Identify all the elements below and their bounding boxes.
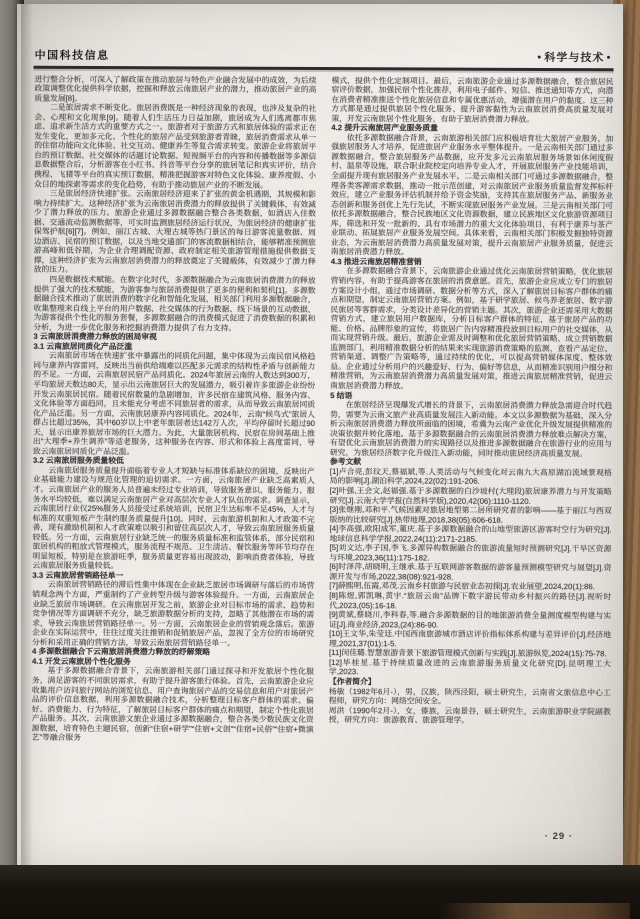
dark-floor-band	[0, 865, 640, 919]
journal-page: 中国科技信息 ● 科学与技术 ● 进行整合分析，可深入了解政策在推动旅居与特色产…	[17, 4, 623, 868]
decor-dot-icon: ●	[606, 54, 611, 61]
paragraph: 进行整合分析，可深入了解政策在推动旅居与特色产业融合发展中的成效，为后续政策调整…	[34, 74, 316, 104]
paragraph: 周洪（1990年2月-），女，傣族，云南景谷，硕士研究生，云南旅游职业学院副教授…	[329, 706, 611, 726]
section-title-label: 科学与技术	[544, 49, 604, 65]
paragraph: 在旅居经济呈现爆发式增长的背景下，云南旅居消费潜力释放急需迎合时代趋势，需要为云…	[330, 400, 612, 459]
page-number: · 29 ·	[545, 831, 573, 842]
decor-dot-icon: ●	[537, 53, 542, 60]
paragraph: 二是旅居需求不断变化。旅居消费既是一种经济现象的表现，也涉及复杂的社会、心理和文…	[34, 103, 316, 190]
right-column: 模式，提供个性化定制项目。最后，云南旅游企业通过多源数据融合，整合旅居民宿评价数…	[328, 76, 613, 857]
section-title: ● 科学与技术 ●	[537, 49, 612, 65]
paragraph: 云南旅居服务质量提升面临着专业人才短缺与标准体系缺位的困境，反映出产业基础能力建…	[32, 466, 314, 572]
reference-item: [6]时泽萍,胡晓明,王继承.基于互联网游客数据的游客量预测模型研究与展望[J]…	[329, 562, 611, 582]
section-heading: 【作者简介】	[329, 677, 611, 688]
paragraph: 模式，提供个性化定制项目。最后，云南旅游企业通过多源数据融合，整合旅居民宿评价数…	[331, 76, 613, 125]
reference-item: [2]叶强,王会文,赵福强.基于多源数据的白沙坡村(大理段)旅居康养潜力与开发策…	[330, 486, 612, 506]
paragraph: 杨敏（1982年6月-），男，汉族，陕西泾阳，硕士研究生，云南省文旅信息中心工程…	[329, 687, 611, 707]
journal-title: 中国科技信息	[35, 47, 110, 63]
photo-backdrop: 中国科技信息 ● 科学与技术 ● 进行整合分析，可深入了解政策在推动旅居与特色产…	[0, 0, 640, 919]
article-body: 进行整合分析，可深入了解政策在推动旅居与特色产业融合发展中的成效，为后续政策调整…	[28, 74, 615, 857]
paragraph: 云南旅居营销路径的滞后性集中体现在企业缺乏旅居市场调研与落后的市场营销观念两个方…	[32, 580, 314, 648]
paragraph: 在多源数据融合背景下，云南旅游企业通过优化云南旅居营销策略，优化旅居营销内容，有…	[330, 266, 613, 391]
paragraph: 基于多源数据融合背景下，云南旅游相关部门通过探寻和开发旅居个性化服务，满足游客的…	[32, 666, 314, 744]
paragraph: 四是数据技术赋能。在数字化时代，多源数据融合为云南旅居消费潜力的释放提供了强大的…	[33, 275, 315, 334]
page-header: 中国科技信息 ● 科学与技术 ●	[32, 47, 616, 69]
reference-item: [9]黄斌,蔡晓川,李科春,等.融合多源数据的目的地旅游消费全量测度模型构建与实…	[329, 610, 611, 630]
left-column: 进行整合分析，可深入了解政策在推动旅居与特色产业融合发展中的成效，为后续政策调整…	[31, 74, 316, 855]
reference-item: [1]卢合亮,彭玟天,蔡福斌,等.人类活动与气候变化对云南九大高原湖泊流域景观格…	[330, 467, 612, 487]
reference-item: [4]李高强,欧阳成军,董庆.基于多源数据融合的山地型旅游区游客时空行为研究[J…	[330, 524, 612, 544]
reference-item: [8]陈煜,郭凯琳,黄宇.“旅居云南”品牌下数字游民带动乡村振兴的路径[J].视…	[329, 591, 611, 611]
paragraph: 依托多源数据融合背景，云南旅游相关部门应积极培育壮大旅居产业服务，加强旅居服务人…	[331, 133, 614, 258]
reference-item: [12]毕桂星.基于持续质量改进的云南旅游服务质量文化研究[D].昆明理工大学,…	[329, 658, 611, 678]
paragraph: 三是旅居经济快速扩张。云南旅居经济迎来了扩张的黄金机遇期，其规模和影响力持续扩大…	[34, 189, 316, 276]
paragraph: 云南旅居市场在快速扩张中暴露出的同质化问题，集中体现为云南民宿风格趋同与康养内容…	[33, 351, 315, 457]
reference-item: [5]刘文达,李子国,李飞.多源异构数据融合的旅游流量短时预测研究[J].干旱区…	[329, 543, 611, 563]
reference-item: [10]王文华,朱莹廷.中国西南旅游城市酒店评价指标体系构建与差异评价[J].经…	[329, 629, 611, 649]
reference-item: [3]张继刚,邓和平.气候因素对旅居地型第二居所研究者的影响——基于丽江与西双版…	[330, 505, 612, 525]
